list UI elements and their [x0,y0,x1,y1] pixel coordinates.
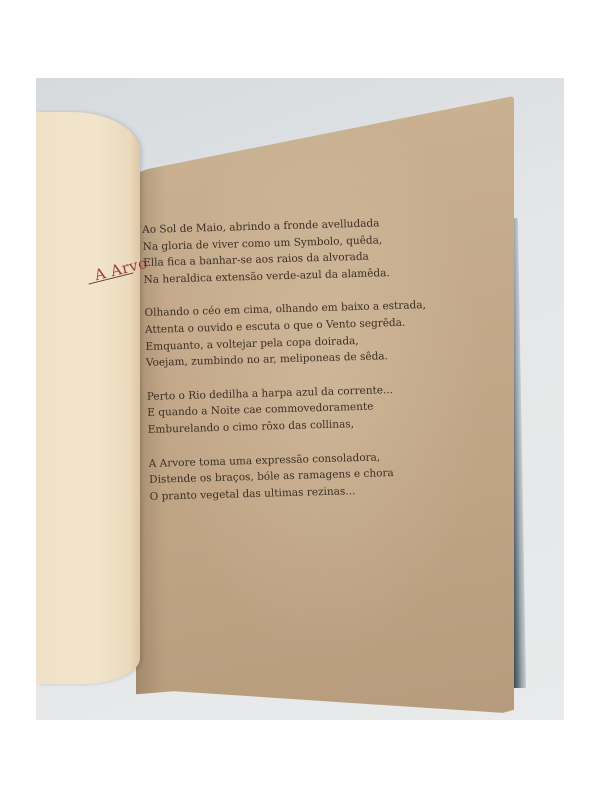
stanza-1: Ao Sol de Maio, abrindo a fronde avellud… [142,214,444,289]
stanza-3: Perto o Rio dedilha a harpa azul da corr… [147,380,448,438]
poem-text: Ao Sol de Maio, abrindo a fronde avellud… [142,214,450,523]
stanza-2: Olhando o céo em cima, olhando em baixo … [144,297,446,372]
left-page: A Arvo [36,112,140,684]
stanza-4: A Arvore toma uma expressão consoladora,… [149,447,450,505]
